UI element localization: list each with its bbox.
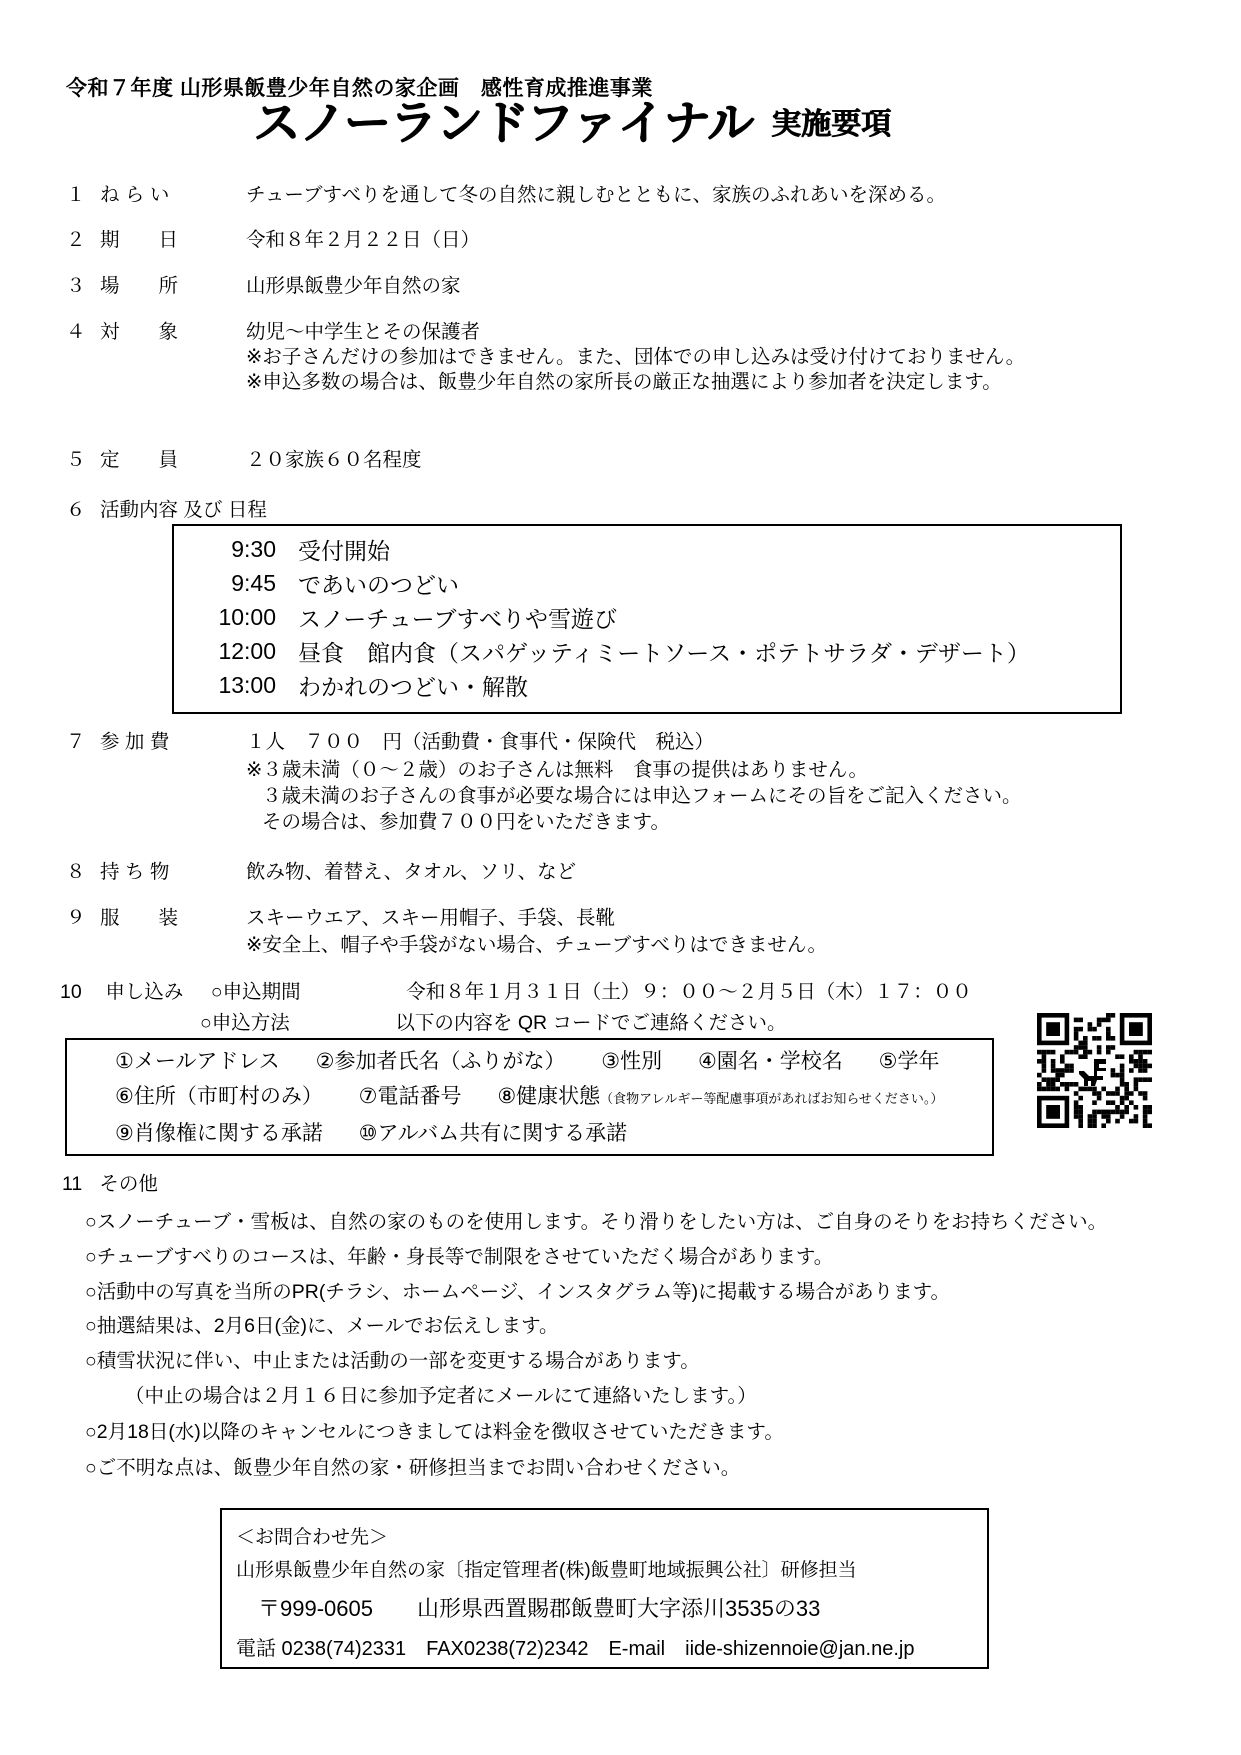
section-taisho: ４ 対 象 幼児～中学生とその保護者: [0, 320, 1241, 345]
schedule-time: 12:00: [174, 638, 298, 665]
event-title-suffix: 実施要項: [771, 99, 891, 147]
application-row-2: ⑥住所（市町村のみ） ⑦電話番号 ⑧健康状態（食物アレルギー等配慮事項があればお…: [67, 1079, 992, 1116]
section-number: １: [66, 183, 100, 208]
section-number: ３: [66, 274, 100, 299]
application-item: ⑨肖像権に関する承諾: [115, 1122, 323, 1145]
section-content: １人 ７００ 円（活動費・食事代・保険代 税込）: [246, 730, 1241, 755]
section-label: 服 装: [100, 906, 246, 931]
application-item: ②参加者氏名（ふりがな）: [316, 1050, 566, 1073]
other-note: ○2月18日(水)以降のキャンセルにつきましては料金を徴収させていただきます。: [85, 1416, 784, 1444]
schedule-activity: 受付開始: [298, 533, 1120, 566]
other-note-sub: （中止の場合は２月１６日に参加予定者にメールにて連絡いたします。）: [125, 1380, 757, 1408]
taisho-note-2: ※申込多数の場合は、飯豊少年自然の家所長の厳正な抽選により参加者を決定します。: [246, 370, 1002, 395]
section-label: 参 加 費: [100, 730, 246, 755]
application-item: ④園名・学校名: [698, 1050, 843, 1073]
section-label: 対 象: [100, 320, 246, 345]
section-number: ２: [66, 228, 100, 253]
schedule-row: 12:00 昼食 館内食（スパゲッティミートソース・ポテトサラダ・デザート）: [174, 634, 1120, 668]
application-item: ⑥住所（市町村のみ）: [115, 1085, 323, 1108]
section-number: 10: [60, 980, 100, 1005]
schedule-activity: わかれのつどい・解散: [298, 669, 1120, 702]
schedule-row: 10:00 スノーチューブすべりや雪遊び: [174, 600, 1120, 634]
section-sankahi: ７ 参 加 費 １人 ７００ 円（活動費・食事代・保険代 税込）: [0, 730, 1241, 755]
other-note: ○積雪状況に伴い、中止または活動の一部を変更する場合があります。: [85, 1345, 700, 1373]
section-content: スキーウエア、スキー用帽子、手袋、長靴: [246, 906, 1241, 931]
application-item: ⑩アルバム共有に関する承諾: [359, 1122, 628, 1145]
application-items-box: ①メールアドレス ②参加者氏名（ふりがな） ③性別 ④園名・学校名 ⑤学年 ⑥住…: [65, 1038, 994, 1156]
application-item: ⑦電話番号: [359, 1085, 462, 1108]
qr-code-image: [1037, 1013, 1152, 1128]
section-number: ６: [66, 498, 100, 523]
section-fukuso: ９ 服 装 スキーウエア、スキー用帽子、手袋、長靴: [0, 906, 1241, 931]
taisho-note-1: ※お子さんだけの参加はできません。また、団体での申し込みは受け付けておりません。: [246, 345, 1025, 370]
section-content: 令和８年２月２２日（日）: [246, 228, 1241, 253]
schedule-row: 13:00 わかれのつどい・解散: [174, 668, 1120, 702]
schedule-activity: スノーチューブすべりや雪遊び: [298, 601, 1120, 634]
schedule-time: 9:45: [174, 570, 298, 597]
schedule-time: 9:30: [174, 536, 298, 563]
section-mochimono: ８ 持 ち 物 飲み物、着替え、タオル、ソリ、など: [0, 860, 1241, 885]
contact-address: 〒999-0605 山形県西置賜郡飯豊町大字添川3535の33: [258, 1592, 820, 1623]
section-basho: ３ 場 所 山形県飯豊少年自然の家: [0, 274, 1241, 299]
schedule-time: 10:00: [174, 604, 298, 631]
section-label: 定 員: [100, 448, 246, 473]
section-kijitsu: ２ 期 日 令和８年２月２２日（日）: [0, 228, 1241, 253]
section-number: ７: [66, 730, 100, 755]
other-note: ○スノーチューブ・雪板は、自然の家のものを使用します。そり滑りをしたい方は、ご自…: [85, 1206, 1107, 1234]
contact-box: ＜お問合わせ先＞ 山形県飯豊少年自然の家〔指定管理者(株)飯豊町地域振興公社〕研…: [220, 1508, 989, 1669]
contact-org: 山形県飯豊少年自然の家〔指定管理者(株)飯豊町地域振興公社〕研修担当: [236, 1555, 857, 1582]
section-teiin: ５ 定 員 ２０家族６０名程度: [0, 448, 1241, 473]
apply-period-label: ○申込期間: [211, 980, 401, 1005]
other-note: ○ご不明な点は、飯豊少年自然の家・研修担当までお問い合わせください。: [85, 1452, 740, 1480]
section-content: 飲み物、着替え、タオル、ソリ、など: [246, 860, 1241, 885]
fukuso-note: ※安全上、帽子や手袋がない場合、チューブすべりはできません。: [246, 933, 827, 958]
section-label: 持 ち 物: [100, 860, 246, 885]
schedule-activity: であいのつどい: [298, 567, 1120, 600]
sankahi-note-3: その場合は、参加費７００円をいただきます。: [262, 810, 670, 835]
other-note: ○活動中の写真を当所のPR(チラシ、ホームページ、インスタグラム等)に掲載する場…: [85, 1276, 950, 1304]
section-content: 幼児～中学生とその保護者: [246, 320, 1241, 345]
section-content: ２０家族６０名程度: [246, 448, 1241, 473]
section-nerai: １ ね ら い チューブすべりを通して冬の自然に親しむとともに、家族のふれあいを…: [0, 183, 1241, 208]
section-katsudo: ６ 活動内容 及び 日程: [0, 498, 1241, 523]
application-item: ⑧健康状態: [497, 1085, 600, 1108]
section-label: 申し込み: [105, 980, 205, 1005]
other-note: ○チューブすべりのコースは、年齢・身長等で制限をさせていただく場合があります。: [85, 1241, 833, 1269]
sankahi-note-2: ３歳未満のお子さんの食事が必要な場合には申込フォームにその旨をご記入ください。: [262, 784, 1022, 809]
apply-method-line: ○申込方法 以下の内容を QR コードでご連絡ください。: [200, 1011, 787, 1036]
sankahi-note-1: ※３歳未満（０～２歳）のお子さんは無料 食事の提供はありません。: [246, 758, 868, 783]
section-number: ８: [66, 860, 100, 885]
section-content: 山形県飯豊少年自然の家: [246, 274, 1241, 299]
application-row-1: ①メールアドレス ②参加者氏名（ふりがな） ③性別 ④園名・学校名 ⑤学年: [67, 1044, 992, 1079]
section-number: 11: [62, 1173, 94, 1196]
event-title: スノーランドファイナル: [253, 98, 753, 147]
section-number: ５: [66, 448, 100, 473]
schedule-activity: 昼食 館内食（スパゲッティミートソース・ポテトサラダ・デザート）: [298, 635, 1120, 668]
section-label: 期 日: [100, 228, 246, 253]
application-row-3: ⑨肖像権に関する承諾 ⑩アルバム共有に関する承諾: [67, 1116, 992, 1151]
section-content: チューブすべりを通して冬の自然に親しむとともに、家族のふれあいを深める。: [246, 183, 1241, 208]
schedule-time: 13:00: [174, 672, 298, 699]
section-moshikomi: 10 申し込み ○申込期間 令和８年１月３１日（土）９：００～２月５日（木）１７…: [60, 980, 972, 1005]
section-label: 活動内容 及び 日程: [100, 498, 267, 523]
section-label: 場 所: [100, 274, 246, 299]
section-label: ね ら い: [100, 183, 246, 208]
schedule-row: 9:45 であいのつどい: [174, 566, 1120, 600]
contact-heading: ＜お問合わせ先＞: [236, 1522, 388, 1549]
application-item: ⑤学年: [879, 1050, 940, 1073]
section-number: ９: [66, 906, 100, 931]
flyer-page: 令和７年度 山形県飯豊少年自然の家企画 感性育成推進事業 スノーランドファイナル…: [0, 0, 1241, 1755]
schedule-box: 9:30 受付開始 9:45 であいのつどい 10:00 スノーチューブすべりや…: [172, 524, 1122, 714]
contact-phone-fax-email: 電話 0238(74)2331 FAX0238(72)2342 E-mail i…: [236, 1632, 914, 1661]
apply-method-label: ○申込方法: [200, 1011, 390, 1036]
application-item: ③性別: [601, 1050, 662, 1073]
section-sonota: 11 その他: [62, 1168, 158, 1196]
section-label: その他: [99, 1173, 158, 1195]
apply-period-value: 令和８年１月３１日（土）９：００～２月５日（木）１７：００: [406, 981, 972, 1003]
application-item: ①メールアドレス: [115, 1050, 280, 1073]
section-number: ４: [66, 320, 100, 345]
other-note: ○抽選結果は、2月6日(金)に、メールでお伝えします。: [85, 1310, 559, 1338]
application-item-note: （食物アレルギー等配慮事項があればお知らせください。）: [600, 1091, 943, 1106]
apply-method-value: 以下の内容を QR コードでご連絡ください。: [395, 1012, 786, 1034]
schedule-row: 9:30 受付開始: [174, 532, 1120, 566]
